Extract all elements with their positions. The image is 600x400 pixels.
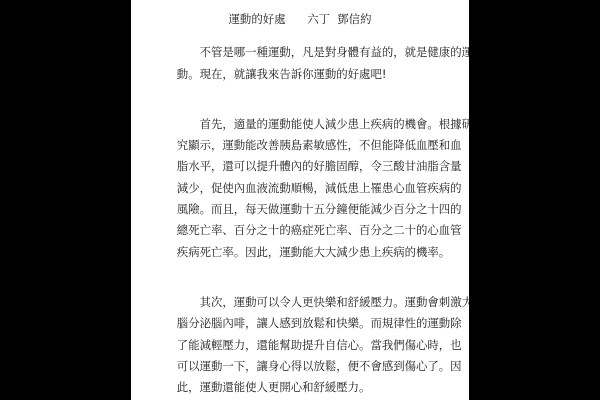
paragraph-line: 減少，促使內血液流動順暢，減低患上罹患心血管疾病的: [154, 178, 446, 199]
paragraph-line: 腦分泌腦內啡，讓人感到放鬆和快樂。而規律性的運動除: [154, 313, 446, 334]
author-name: 鄧信約: [337, 12, 371, 26]
document-page: 運動的好處 六丁 鄧信約 不管是哪一種運動，凡是對身體有益的，就是健康的運 動。…: [131, 0, 469, 400]
paragraph-gap: [154, 284, 446, 292]
paragraph-gap: [154, 85, 446, 106]
paragraph-line: 究顯示，運動能改善胰島素敏感性，不但能降低血壓和血: [154, 135, 446, 156]
paragraph-happiness: 其次，運動可以令人更快樂和舒緩壓力。運動會刺激大 腦分泌腦內啡，讓人感到放鬆和快…: [154, 292, 446, 398]
paragraph-line: 可以運動一下，讓身心得以放鬆，便不會感到傷心了。因: [154, 356, 446, 377]
document-content: 運動的好處 六丁 鄧信約 不管是哪一種運動，凡是對身體有益的，就是健康的運 動。…: [154, 9, 446, 398]
paragraph-line: 此，運動還能使人更開心和舒緩壓力。: [154, 377, 446, 398]
title-spacer: [286, 12, 308, 26]
paragraph-line: 不管是哪一種運動，凡是對身體有益的，就是健康的運: [154, 42, 446, 63]
paragraph-health: 首先，適量的運動能使人減少患上疾病的機會。根據研 究顯示，運動能改善胰島素敏感性…: [154, 114, 446, 263]
paragraph-intro: 不管是哪一種運動，凡是對身體有益的，就是健康的運 動。現在，就讓我來告訴你運動的…: [154, 42, 446, 85]
paragraph-line: 總死亡率、百分之十的癌症死亡率、百分之二十的心血管: [154, 220, 446, 241]
paragraph-gap: [154, 263, 446, 284]
document-title: 運動的好處: [229, 12, 286, 26]
paragraph-gap: [154, 106, 446, 114]
paragraph-line: 其次，運動可以令人更快樂和舒緩壓力。運動會刺激大: [154, 292, 446, 313]
paragraph-line: 首先，適量的運動能使人減少患上疾病的機會。根據研: [154, 114, 446, 135]
paragraph-line: 疾病死亡率。因此，運動能大大減少患上疾病的機率。: [154, 242, 446, 263]
document-heading: 運動的好處 六丁 鄧信約: [154, 9, 446, 30]
class-label: 六丁: [307, 12, 330, 26]
paragraph-line: 動。現在，就讓我來告訴你運動的好處吧!: [154, 64, 446, 85]
paragraph-line: 脂水平，還可以提升體內的好膽固醇，令三酸甘油脂含量: [154, 156, 446, 177]
paragraph-line: 風險。而且，每天做運動十五分鐘便能減少百分之十四的: [154, 199, 446, 220]
paragraph-line: 了能減輕壓力，還能幫助提升自信心。當我們傷心時，也: [154, 335, 446, 356]
